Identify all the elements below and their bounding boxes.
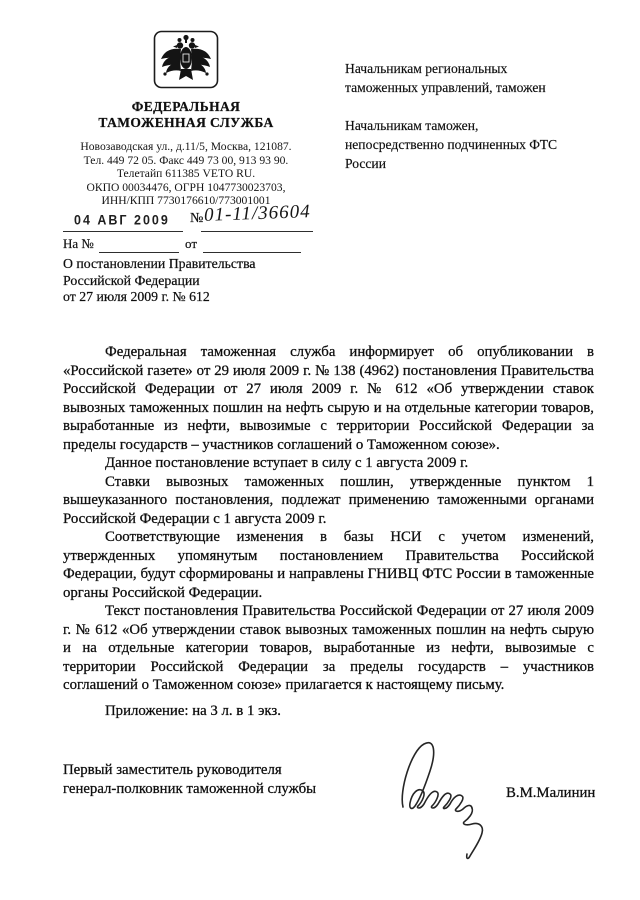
date-underline xyxy=(63,231,183,232)
letterhead: ФЕДЕРАЛЬНАЯ ТАМОЖЕННАЯ СЛУЖБА Новозаводс… xyxy=(60,30,312,208)
addressee-line: непосредственно подчиненных ФТС xyxy=(345,135,615,154)
body-paragraph: Данное постановление вступает в силу с 1… xyxy=(63,454,594,473)
ref-date-label: от xyxy=(185,236,197,252)
signer-title-line: генерал-полковник таможенной службы xyxy=(63,780,316,799)
addressee-block-2: Начальникам таможен, непосредственно под… xyxy=(345,116,615,173)
body-paragraph: Текст постановления Правительства Россий… xyxy=(63,602,594,695)
address-line: Тел. 449 72 05. Факс 449 73 00, 913 93 9… xyxy=(60,154,312,168)
coat-of-arms-icon xyxy=(153,30,219,97)
subject-line: от 27 июля 2009 г. № 612 xyxy=(63,289,353,306)
org-address: Новозаводская ул., д.11/5, Москва, 12108… xyxy=(60,140,312,208)
addressee-line: таможенных управлений, таможен xyxy=(345,78,615,97)
number-sign: № xyxy=(190,211,203,227)
signer-title: Первый заместитель руководителя генерал-… xyxy=(63,761,316,798)
signature-scribble-icon xyxy=(396,737,508,867)
ref-number-underline xyxy=(99,252,179,253)
org-name-line2: ТАМОЖЕННАЯ СЛУЖБА xyxy=(60,115,312,131)
number-underline xyxy=(201,231,313,232)
body-paragraph: Федеральная таможенная служба информируе… xyxy=(63,343,594,454)
date-stamp: 04 АВГ 2009 xyxy=(74,212,170,228)
signer-name: В.М.Малинин xyxy=(506,785,595,802)
addressee-block-1: Начальникам региональных таможенных упра… xyxy=(345,59,615,97)
signer-title-line: Первый заместитель руководителя xyxy=(63,761,316,780)
letter-body: Федеральная таможенная служба информируе… xyxy=(63,343,594,720)
ref-date-underline xyxy=(203,252,301,253)
scanned-letter-page: ФЕДЕРАЛЬНАЯ ТАМОЖЕННАЯ СЛУЖБА Новозаводс… xyxy=(0,0,640,900)
address-line: ОКПО 00034476, ОГРН 1047730023703, xyxy=(60,181,312,195)
subject: О постановлении Правительства Российской… xyxy=(63,256,353,306)
addressee-line: Начальникам региональных xyxy=(345,59,615,78)
addressees: Начальникам региональных таможенных упра… xyxy=(345,59,615,173)
body-paragraph: Соответствующие изменения в базы НСИ с у… xyxy=(63,528,594,602)
addressee-line: Начальникам таможен, xyxy=(345,116,615,135)
attachment-note: Приложение: на 3 л. в 1 экз. xyxy=(63,702,594,721)
subject-line: Российской Федерации xyxy=(63,273,353,290)
address-line: Телетайп 611385 VETO RU. xyxy=(60,167,312,181)
ref-number-label: На № xyxy=(63,236,94,252)
outgoing-number-handwritten: 01-11/36604 xyxy=(204,201,311,227)
org-name-line1: ФЕДЕРАЛЬНАЯ xyxy=(60,99,312,115)
body-paragraph: Ставки вывозных таможенных пошлин, утвер… xyxy=(63,473,594,529)
addressee-line: России xyxy=(345,154,615,173)
subject-line: О постановлении Правительства xyxy=(63,256,353,273)
address-line: Новозаводская ул., д.11/5, Москва, 12108… xyxy=(60,140,312,154)
